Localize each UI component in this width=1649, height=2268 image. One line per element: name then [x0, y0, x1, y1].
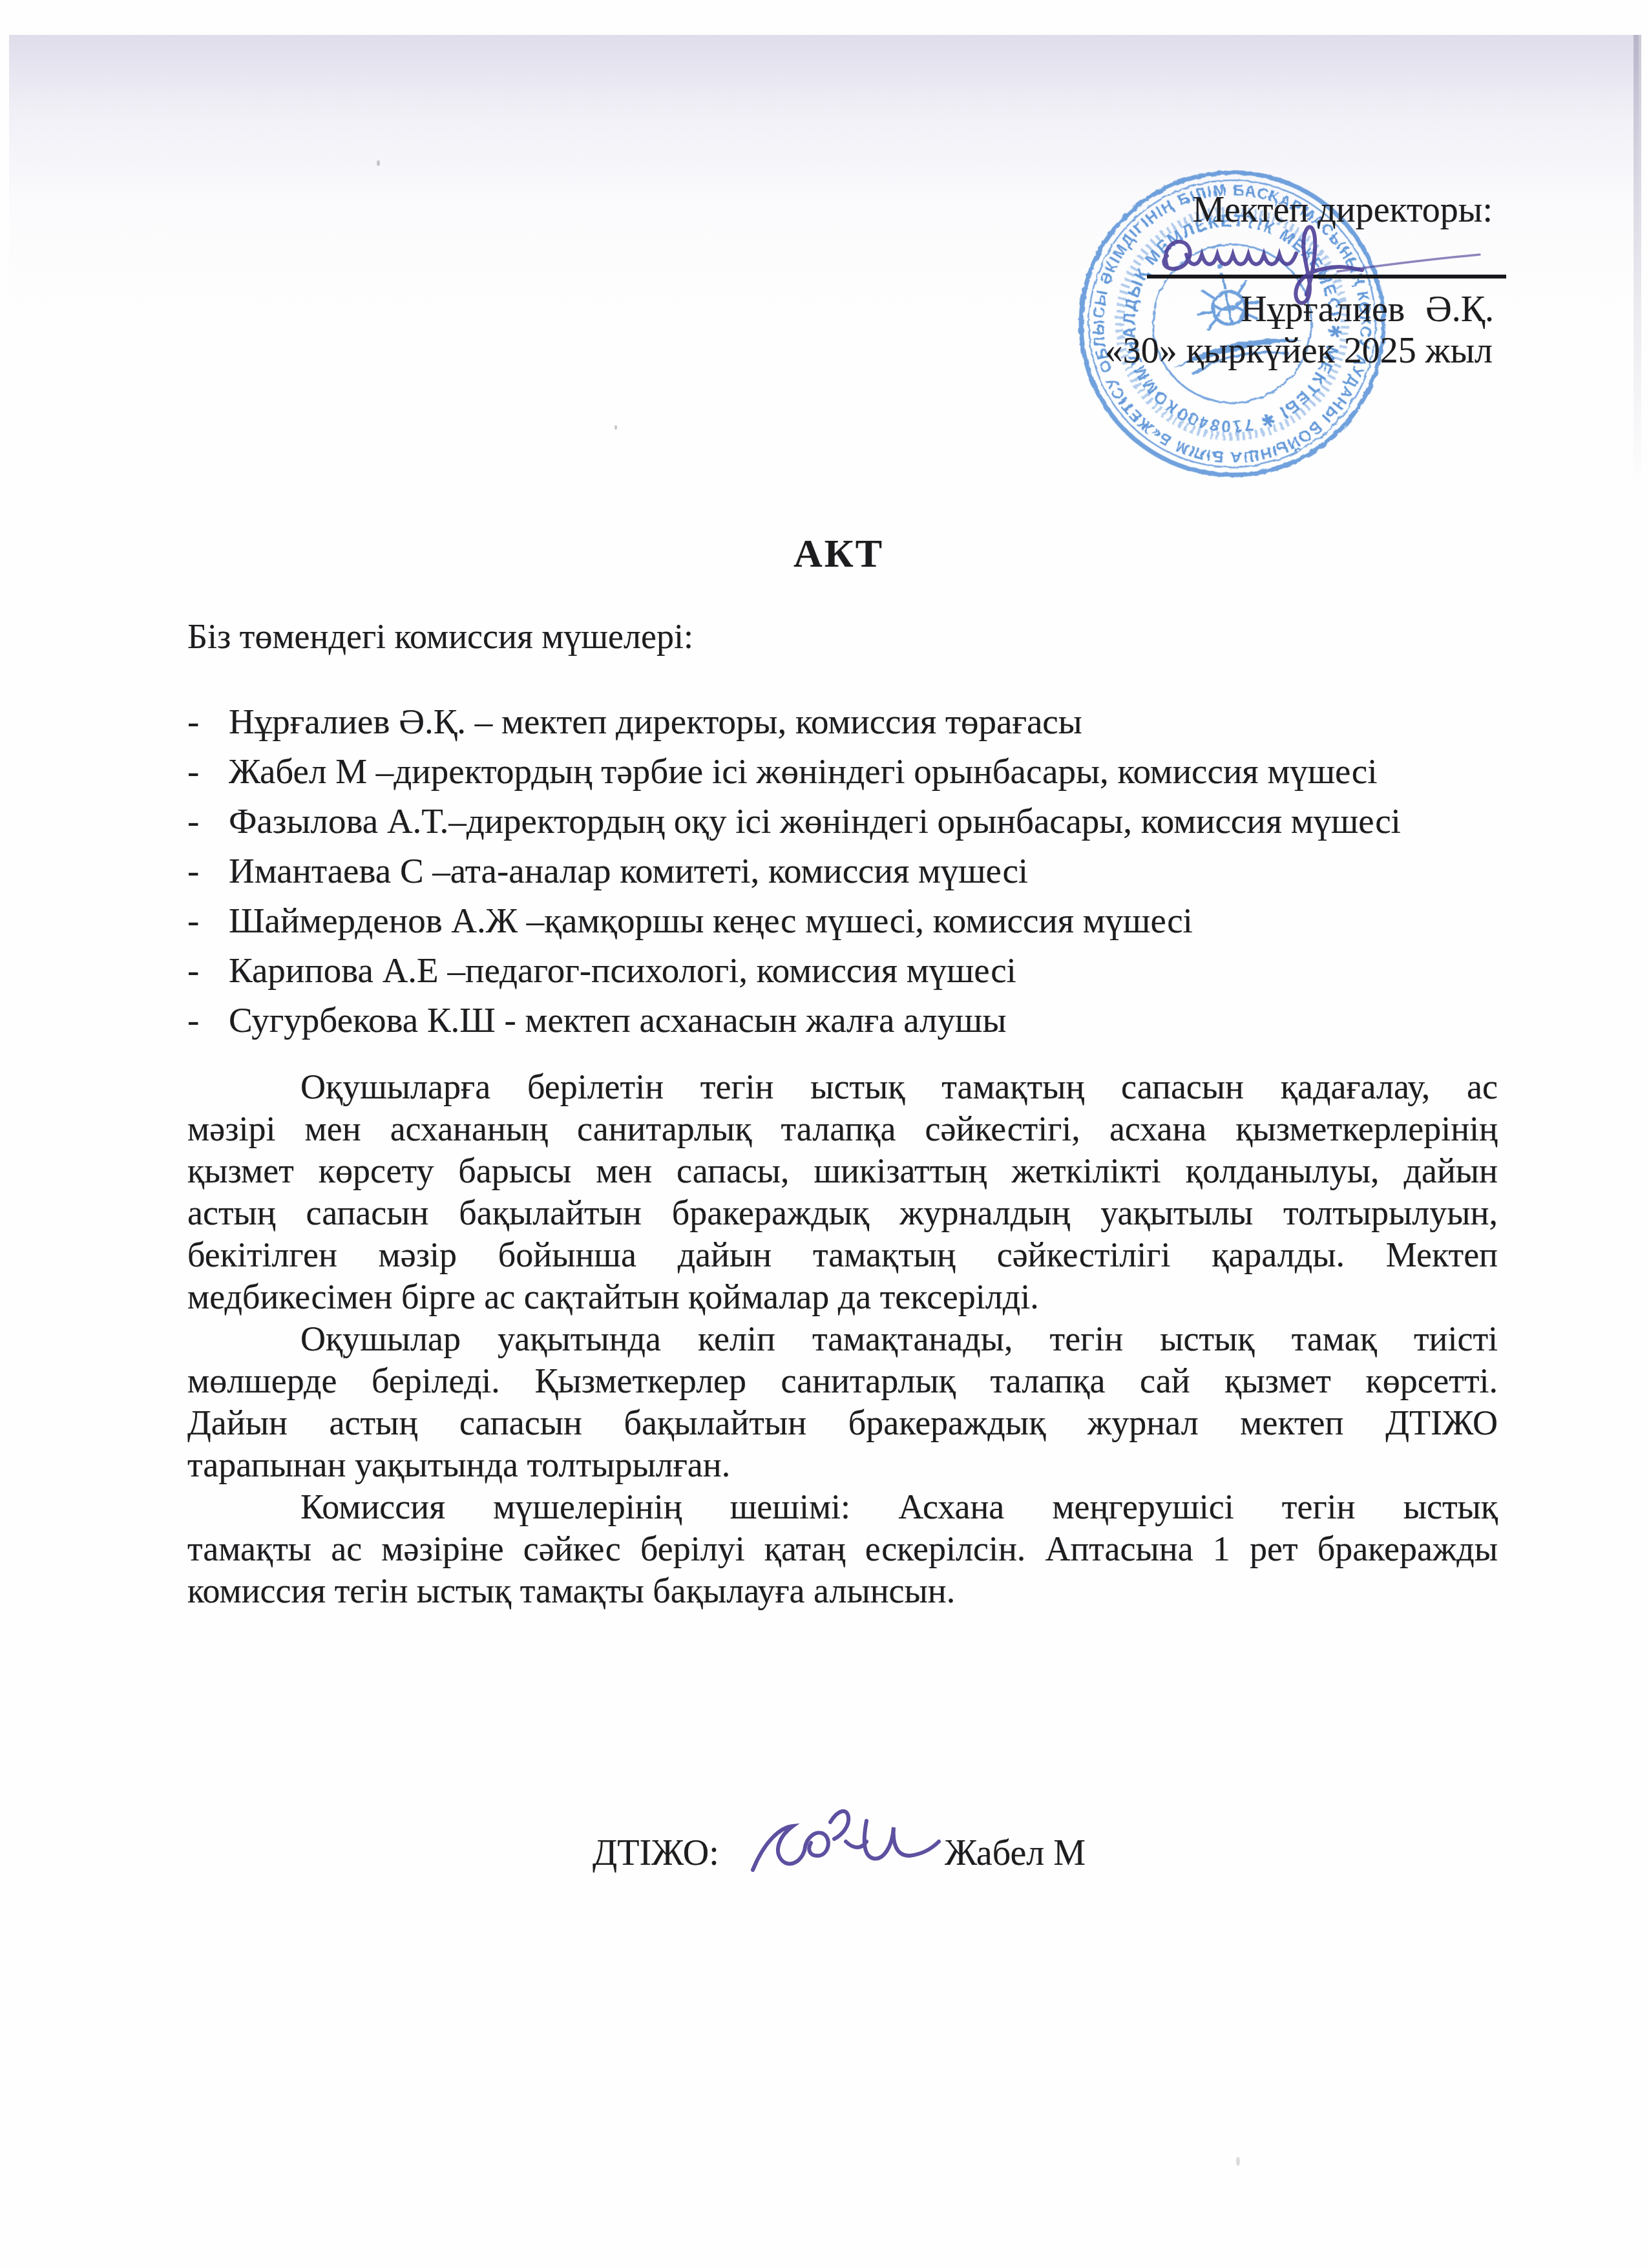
body-line: мөлшерде беріледі. Қызметкерлер санитарл… — [187, 1360, 1498, 1402]
director-signature — [1144, 204, 1512, 314]
commission-member-row: - Имантаева С –ата-аналар комитеті, коми… — [187, 846, 1500, 896]
commission-member-row: - Жабел М –директордың тәрбие ісі жөнінд… — [187, 746, 1500, 796]
paragraph-commission-decision: Комиссия мүшелерінің шешімі: Асхана меңг… — [187, 1486, 1498, 1612]
body-line: Комиссия мүшелерінің шешімі: Асхана меңг… — [187, 1486, 1498, 1528]
director-signature-strokes — [1164, 227, 1480, 303]
body-line: Оқушылар уақытында келіп тамақтанады, те… — [187, 1318, 1498, 1360]
commission-member-text: Сугурбекова К.Ш - мектеп асханасын жалға… — [229, 995, 1006, 1045]
document-date: «30» қыркүйек 2025 жыл — [1105, 330, 1493, 372]
paragraph-inspection-scope: Оқушыларға берілетін тегін ыстық тамақты… — [187, 1066, 1498, 1318]
scan-speck — [377, 160, 380, 166]
deputy-name: Жабел М — [945, 1832, 1086, 1874]
commission-member-text: Жабел М –директордың тәрбие ісі жөніндег… — [229, 746, 1378, 796]
body-line: астың сапасын бақылайтын бракераждық жур… — [187, 1192, 1498, 1234]
list-dash-marker: - — [187, 995, 229, 1045]
body-line: комиссия тегін ыстық тамақты бақылауға а… — [187, 1570, 1498, 1612]
list-dash-marker: - — [187, 796, 229, 846]
commission-intro-line: Біз төмендегі комиссия мүшелері: — [187, 616, 693, 656]
body-line: тамақты ас мәзіріне сәйкес берілуі қатаң… — [187, 1528, 1498, 1570]
commission-member-row: - Карипова А.Е –педагог-психологі, комис… — [187, 945, 1500, 995]
document-title: АКТ — [14, 531, 1649, 577]
list-dash-marker: - — [187, 846, 229, 896]
body-line: қызмет көрсету барысы мен сапасы, шикіза… — [187, 1150, 1498, 1192]
paragraph-findings: Оқушылар уақытында келіп тамақтанады, те… — [187, 1318, 1498, 1486]
body-line: Оқушыларға берілетін тегін ыстық тамақты… — [187, 1066, 1498, 1108]
commission-member-row: - Фазылова А.Т.–директордың оқу ісі жөні… — [187, 796, 1500, 846]
scan-right-edge-shadow — [1633, 35, 1641, 487]
body-line: тарапынан уақытында толтырылған. — [187, 1444, 1498, 1486]
body-line: бекітілген мәзір бойынша дайын тамақтың … — [187, 1234, 1498, 1276]
scanned-act-document-page: «ЖЕТІСУ ОБЛЫСЫ ӘКІМДІГІНІҢ БІЛІМ БАСҚАРМ… — [0, 0, 1649, 2268]
commission-member-row: - Сугурбекова К.Ш - мектеп асханасын жал… — [187, 995, 1500, 1045]
body-line: Дайын астың сапасын бақылайтын бракеражд… — [187, 1402, 1498, 1444]
commission-member-row: - Нұрғалиев Ә.Қ. – мектеп директоры, ком… — [187, 697, 1500, 746]
commission-member-row: - Шаймерденов А.Ж –қамқоршы кеңес мүшесі… — [187, 896, 1500, 945]
commission-member-text: Нұрғалиев Ә.Қ. – мектеп директоры, комис… — [229, 697, 1082, 746]
list-dash-marker: - — [187, 697, 229, 746]
list-dash-marker: - — [187, 746, 229, 796]
body-line: медбикесімен бірге ас сақтайтын қоймалар… — [187, 1276, 1498, 1318]
scan-speck — [1236, 2157, 1240, 2166]
commission-member-text: Фазылова А.Т.–директордың оқу ісі жөнінд… — [229, 796, 1401, 846]
commission-member-text: Имантаева С –ата-аналар комитеті, комисс… — [229, 846, 1028, 896]
deputy-signature-strokes — [753, 1811, 939, 1870]
deputy-signature — [730, 1787, 956, 1904]
deputy-role-abbreviation: ДТІЖО: — [593, 1832, 719, 1874]
commission-member-text: Карипова А.Е –педагог-психологі, комисси… — [229, 945, 1016, 995]
document-body: Оқушыларға берілетін тегін ыстық тамақты… — [187, 1066, 1498, 1612]
commission-members-list: - Нұрғалиев Ә.Қ. – мектеп директоры, ком… — [187, 697, 1500, 1045]
scan-speck — [614, 425, 617, 430]
commission-member-text: Шаймерденов А.Ж –қамқоршы кеңес мүшесі, … — [229, 896, 1193, 945]
list-dash-marker: - — [187, 896, 229, 945]
list-dash-marker: - — [187, 945, 229, 995]
body-line: мәзірі мен асхананың санитарлық талапқа … — [187, 1108, 1498, 1150]
